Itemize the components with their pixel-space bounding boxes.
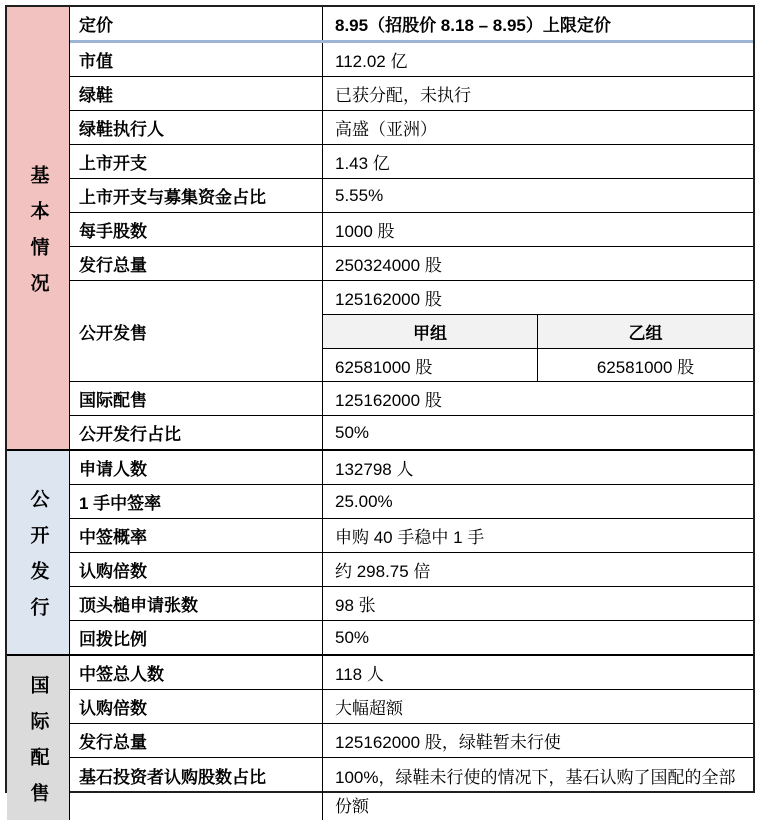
table-row: 中签总人数 118 人 [70,656,753,690]
row-value: 98 张 [323,587,753,620]
row-label: 认购倍数 [70,553,323,586]
row-label: 市值 [70,43,323,76]
row-label: 发行总量 [70,724,323,757]
row-value: 100%，绿鞋未行使的情况下，基石认购了国配的全部份额 [323,758,753,820]
section-international-placement: 国际配售 中签总人数 118 人 认购倍数 大幅超额 发行总量 12516200… [7,654,753,820]
row-value: 大幅超额 [323,690,753,723]
row-label: 1 手中签率 [70,485,323,518]
subtable-total-row: 125162000 股 [323,281,753,315]
row-label: 顶头槌申请张数 [70,587,323,620]
section-label-basic-info: 基本情况 [7,7,70,449]
row-value: 8.95（招股价 8.18 – 8.95）上限定价 [323,7,753,40]
row-label: 公开发行占比 [70,416,323,449]
row-value: 125162000 股，绿鞋暂未行使 [323,724,753,757]
row-value: 1.43 亿 [323,145,753,178]
row-value: 125162000 股 [323,382,753,415]
subtable-total-value: 125162000 股 [323,281,753,314]
row-label: 上市开支与募集资金占比 [70,179,323,212]
subtable-header-group-b: 乙组 [538,315,753,348]
table-row: 国际配售 125162000 股 [70,382,753,416]
table-row: 1 手中签率 25.00% [70,485,753,519]
table-row: 认购倍数 约 298.75 倍 [70,553,753,587]
row-label: 国际配售 [70,382,323,415]
table-row: 申请人数 132798 人 [70,451,753,485]
row-label: 绿鞋 [70,77,323,110]
table-row: 定价 8.95（招股价 8.18 – 8.95）上限定价 [70,7,753,43]
table-row: 发行总量 125162000 股，绿鞋暂未行使 [70,724,753,758]
subtable-header-row: 甲组 乙组 [323,315,753,349]
row-value: 5.55% [323,179,753,212]
row-value: 50% [323,621,753,654]
table-row: 中签概率 申购 40 手稳中 1 手 [70,519,753,553]
table-row: 回拨比例 50% [70,621,753,654]
subtable-header-group-a: 甲组 [323,315,538,348]
subtable-value-group-b: 62581000 股 [538,349,753,382]
section-basic-info: 基本情况 定价 8.95（招股价 8.18 – 8.95）上限定价 市值 112… [7,7,753,449]
table-row: 认购倍数 大幅超额 [70,690,753,724]
table-row: 上市开支与募集资金占比 5.55% [70,179,753,213]
row-value: 申购 40 手稳中 1 手 [323,519,753,552]
row-label: 发行总量 [70,247,323,280]
row-value: 25.00% [323,485,753,518]
table-row-public-offer: 公开发售 125162000 股 甲组 乙组 62581000 股 625810… [70,281,753,382]
row-value: 1000 股 [323,213,753,246]
row-value: 50% [323,416,753,449]
subtable-value-group-a: 62581000 股 [323,349,538,382]
row-label: 定价 [70,7,323,40]
section-intl-rows: 中签总人数 118 人 认购倍数 大幅超额 发行总量 125162000 股，绿… [70,656,753,820]
table-row: 顶头槌申请张数 98 张 [70,587,753,621]
row-value: 高盛（亚洲） [323,111,753,144]
row-value: 132798 人 [323,451,753,484]
section-label-international-placement: 国际配售 [7,656,70,820]
row-value: 约 298.75 倍 [323,553,753,586]
subtable-values-row: 62581000 股 62581000 股 [323,349,753,382]
table-row: 发行总量 250324000 股 [70,247,753,281]
row-label: 回拨比例 [70,621,323,654]
row-label: 公开发售 [70,281,323,381]
row-label: 基石投资者认购股数占比 [70,758,323,820]
row-label: 绿鞋执行人 [70,111,323,144]
section-basic-rows: 定价 8.95（招股价 8.18 – 8.95）上限定价 市值 112.02 亿… [70,7,753,449]
table-row: 绿鞋 已获分配，未执行 [70,77,753,111]
row-label: 申请人数 [70,451,323,484]
row-value: 250324000 股 [323,247,753,280]
row-label: 上市开支 [70,145,323,178]
row-value: 112.02 亿 [323,43,753,76]
table-row: 基石投资者认购股数占比 100%，绿鞋未行使的情况下，基石认购了国配的全部份额 [70,758,753,820]
table-row: 每手股数 1000 股 [70,213,753,247]
table-row: 市值 112.02 亿 [70,43,753,77]
table-row: 绿鞋执行人 高盛（亚洲） [70,111,753,145]
row-label: 认购倍数 [70,690,323,723]
row-label: 中签总人数 [70,656,323,689]
section-label-public-offering: 公开发行 [7,451,70,654]
section-public-rows: 申请人数 132798 人 1 手中签率 25.00% 中签概率 申购 40 手… [70,451,753,654]
public-offer-subtable: 125162000 股 甲组 乙组 62581000 股 62581000 股 [323,281,753,381]
row-value: 118 人 [323,656,753,689]
table-row: 公开发行占比 50% [70,416,753,449]
row-value: 已获分配，未执行 [323,77,753,110]
section-public-offering: 公开发行 申请人数 132798 人 1 手中签率 25.00% 中签概率 申购… [7,449,753,654]
row-label: 每手股数 [70,213,323,246]
page: 基本情况 定价 8.95（招股价 8.18 – 8.95）上限定价 市值 112… [0,0,760,798]
table-row: 上市开支 1.43 亿 [70,145,753,179]
ipo-info-table: 基本情况 定价 8.95（招股价 8.18 – 8.95）上限定价 市值 112… [5,5,755,793]
row-label: 中签概率 [70,519,323,552]
